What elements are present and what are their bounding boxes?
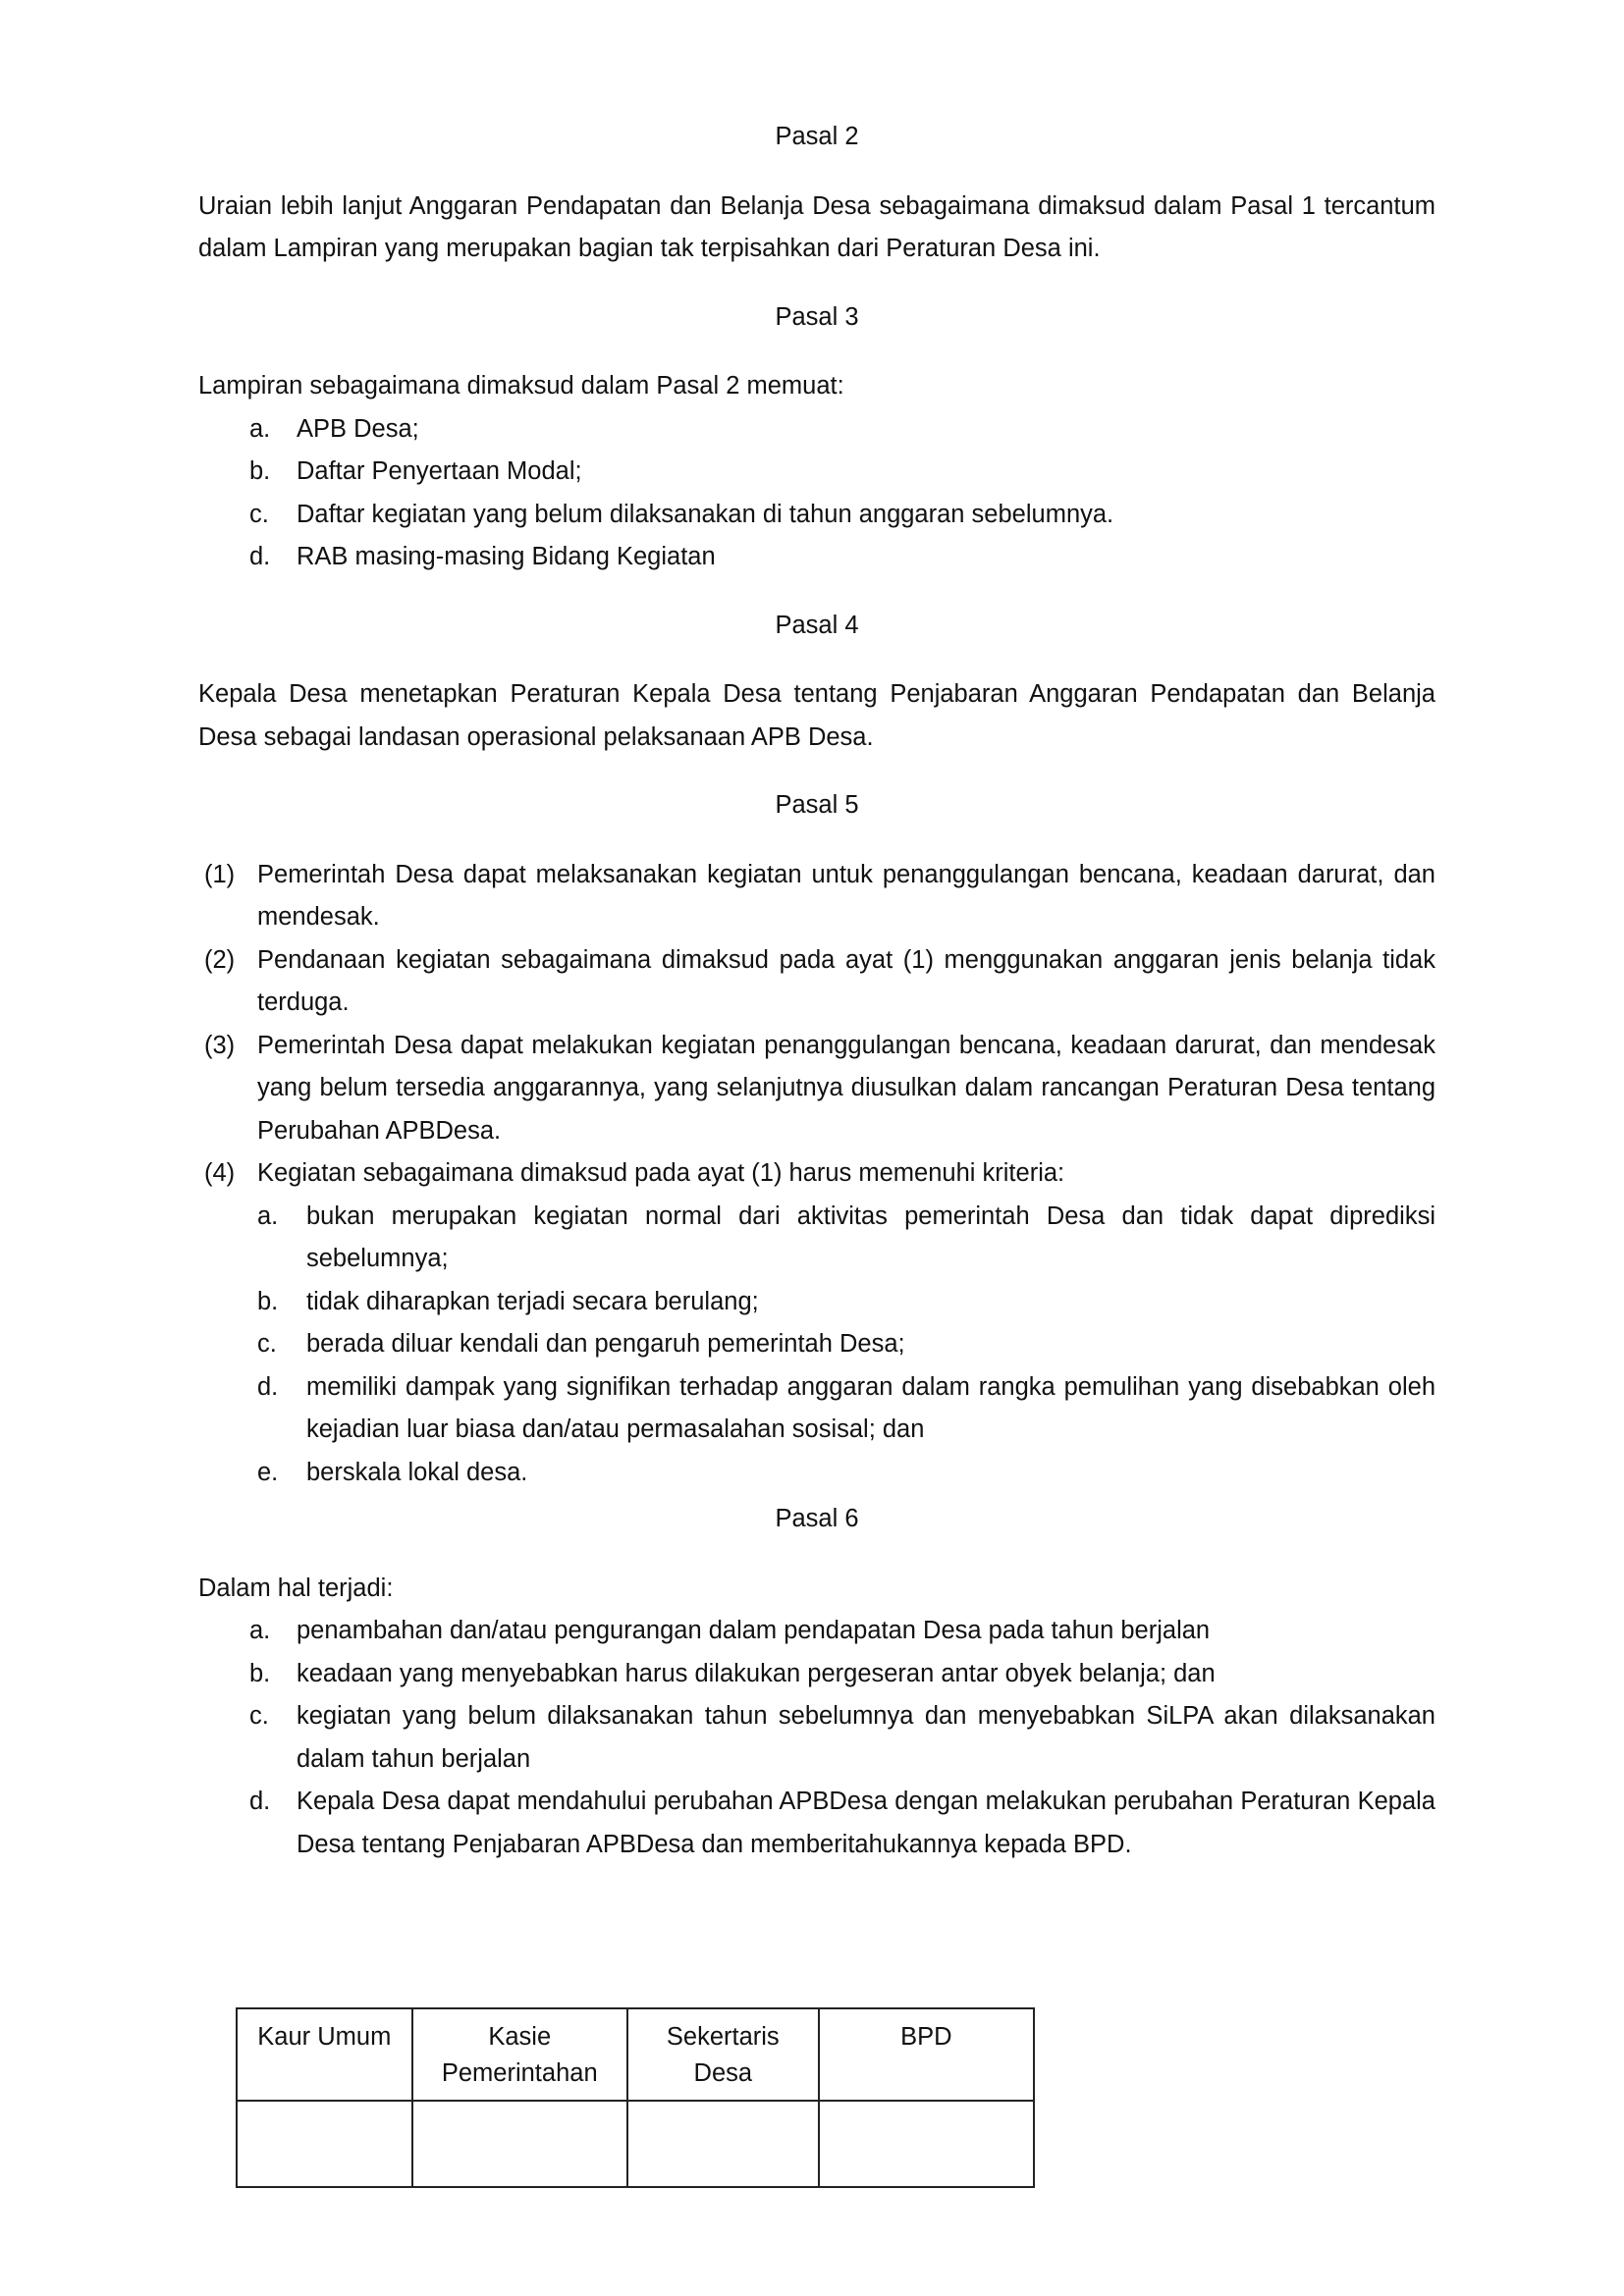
header-sekertaris-desa: SekertarisDesa — [627, 2008, 819, 2101]
header-line: Kaur Umum — [257, 2023, 391, 2051]
list-item: e.berskala lokal desa. — [198, 1452, 1435, 1495]
criteria-list: a.bukan merupakan kegiatan normal dari a… — [198, 1196, 1435, 1495]
list-item: d.memiliki dampak yang signifikan terhad… — [198, 1366, 1435, 1452]
pasal-2-heading: Pasal 2 — [198, 116, 1435, 159]
header-kaur-umum: Kaur Umum — [237, 2008, 412, 2101]
list-marker: c. — [257, 1323, 277, 1366]
signature-cell — [237, 2101, 412, 2187]
header-bpd: BPD — [819, 2008, 1034, 2101]
list-marker: a. — [249, 1610, 270, 1653]
list-item: d.Kepala Desa dapat mendahului perubahan… — [198, 1781, 1435, 1866]
pasal-3-heading: Pasal 3 — [198, 296, 1435, 340]
list-item: b.tidak diharapkan terjadi secara berula… — [198, 1281, 1435, 1324]
pasal-6-list: a.penambahan dan/atau pengurangan dalam … — [198, 1610, 1435, 1866]
list-item-text: APB Desa; — [297, 415, 419, 443]
list-marker: d. — [257, 1366, 278, 1410]
list-item: (2)Pendanaan kegiatan sebagaimana dimaks… — [198, 939, 1435, 1025]
signature-cell — [627, 2101, 819, 2187]
list-item-text: memiliki dampak yang signifikan terhadap… — [306, 1373, 1435, 1444]
list-item: b.Daftar Penyertaan Modal; — [198, 451, 1435, 494]
list-item-text: Kepala Desa dapat mendahului perubahan A… — [297, 1788, 1435, 1858]
list-item-text: kegiatan yang belum dilaksanakan tahun s… — [297, 1702, 1435, 1773]
list-item-text: Daftar Penyertaan Modal; — [297, 457, 582, 485]
list-item-text: Daftar kegiatan yang belum dilaksanakan … — [297, 501, 1113, 528]
list-item: (4)Kegiatan sebagaimana dimaksud pada ay… — [198, 1152, 1435, 1494]
list-marker: (4) — [204, 1152, 235, 1196]
list-item-text: Kegiatan sebagaimana dimaksud pada ayat … — [257, 1159, 1064, 1187]
pasal-6-intro: Dalam hal terjadi: — [198, 1568, 1435, 1611]
list-item-text: Pemerintah Desa dapat melakukan kegiatan… — [257, 1032, 1435, 1145]
list-item-text: Pemerintah Desa dapat melaksanakan kegia… — [257, 861, 1435, 932]
document-page: Pasal 2 Uraian lebih lanjut Anggaran Pen… — [198, 116, 1435, 1866]
signature-cell — [819, 2101, 1034, 2187]
header-kasie-pemerintahan: KasiePemerintahan — [412, 2008, 627, 2101]
header-line: Sekertaris — [667, 2023, 780, 2051]
list-marker: (3) — [204, 1025, 235, 1068]
list-marker: (2) — [204, 939, 235, 983]
table-row — [237, 2101, 1034, 2187]
pasal-4-heading: Pasal 4 — [198, 605, 1435, 648]
list-marker: d. — [249, 536, 270, 579]
pasal-4-text: Kepala Desa menetapkan Peraturan Kepala … — [198, 673, 1435, 759]
list-marker: a. — [257, 1196, 278, 1239]
pasal-2-text: Uraian lebih lanjut Anggaran Pendapatan … — [198, 186, 1435, 271]
list-item: (1)Pemerintah Desa dapat melaksanakan ke… — [198, 854, 1435, 939]
table-header-row: Kaur Umum KasiePemerintahan SekertarisDe… — [237, 2008, 1034, 2101]
list-item: a.penambahan dan/atau pengurangan dalam … — [198, 1610, 1435, 1653]
list-marker: a. — [249, 408, 270, 452]
pasal-3-intro: Lampiran sebagaimana dimaksud dalam Pasa… — [198, 365, 1435, 408]
header-line: Desa — [694, 2059, 753, 2087]
list-item: b.keadaan yang menyebabkan harus dilakuk… — [198, 1653, 1435, 1696]
header-line: BPD — [900, 2023, 951, 2051]
list-item-text: penambahan dan/atau pengurangan dalam pe… — [297, 1617, 1210, 1644]
signature-cell — [412, 2101, 627, 2187]
pasal-5-heading: Pasal 5 — [198, 784, 1435, 828]
list-marker: e. — [257, 1452, 278, 1495]
list-item: (3)Pemerintah Desa dapat melakukan kegia… — [198, 1025, 1435, 1153]
list-marker: b. — [257, 1281, 278, 1324]
list-item: a.APB Desa; — [198, 408, 1435, 452]
list-marker: d. — [249, 1781, 270, 1824]
pasal-5-list: (1)Pemerintah Desa dapat melaksanakan ke… — [198, 854, 1435, 1495]
pasal-3-list: a.APB Desa; b.Daftar Penyertaan Modal; c… — [198, 408, 1435, 579]
list-item-text: keadaan yang menyebabkan harus dilakukan… — [297, 1660, 1216, 1687]
list-item: d.RAB masing-masing Bidang Kegiatan — [198, 536, 1435, 579]
list-item: c.Daftar kegiatan yang belum dilaksanaka… — [198, 494, 1435, 537]
header-line: Kasie — [488, 2023, 551, 2051]
list-marker: c. — [249, 494, 269, 537]
list-item-text: RAB masing-masing Bidang Kegiatan — [297, 543, 716, 570]
list-item: c.kegiatan yang belum dilaksanakan tahun… — [198, 1695, 1435, 1781]
list-marker: c. — [249, 1695, 269, 1738]
list-item: a.bukan merupakan kegiatan normal dari a… — [198, 1196, 1435, 1281]
pasal-6-heading: Pasal 6 — [198, 1498, 1435, 1541]
header-line: Pemerintahan — [442, 2059, 598, 2087]
list-item-text: berada diluar kendali dan pengaruh pemer… — [306, 1330, 905, 1358]
list-marker: b. — [249, 1653, 270, 1696]
list-item-text: berskala lokal desa. — [306, 1459, 527, 1486]
list-marker: b. — [249, 451, 270, 494]
list-item-text: bukan merupakan kegiatan normal dari akt… — [306, 1202, 1435, 1273]
list-item: c.berada diluar kendali dan pengaruh pem… — [198, 1323, 1435, 1366]
list-marker: (1) — [204, 854, 235, 897]
list-item-text: tidak diharapkan terjadi secara berulang… — [306, 1288, 759, 1315]
signature-table: Kaur Umum KasiePemerintahan SekertarisDe… — [236, 2007, 1035, 2188]
list-item-text: Pendanaan kegiatan sebagaimana dimaksud … — [257, 946, 1435, 1017]
